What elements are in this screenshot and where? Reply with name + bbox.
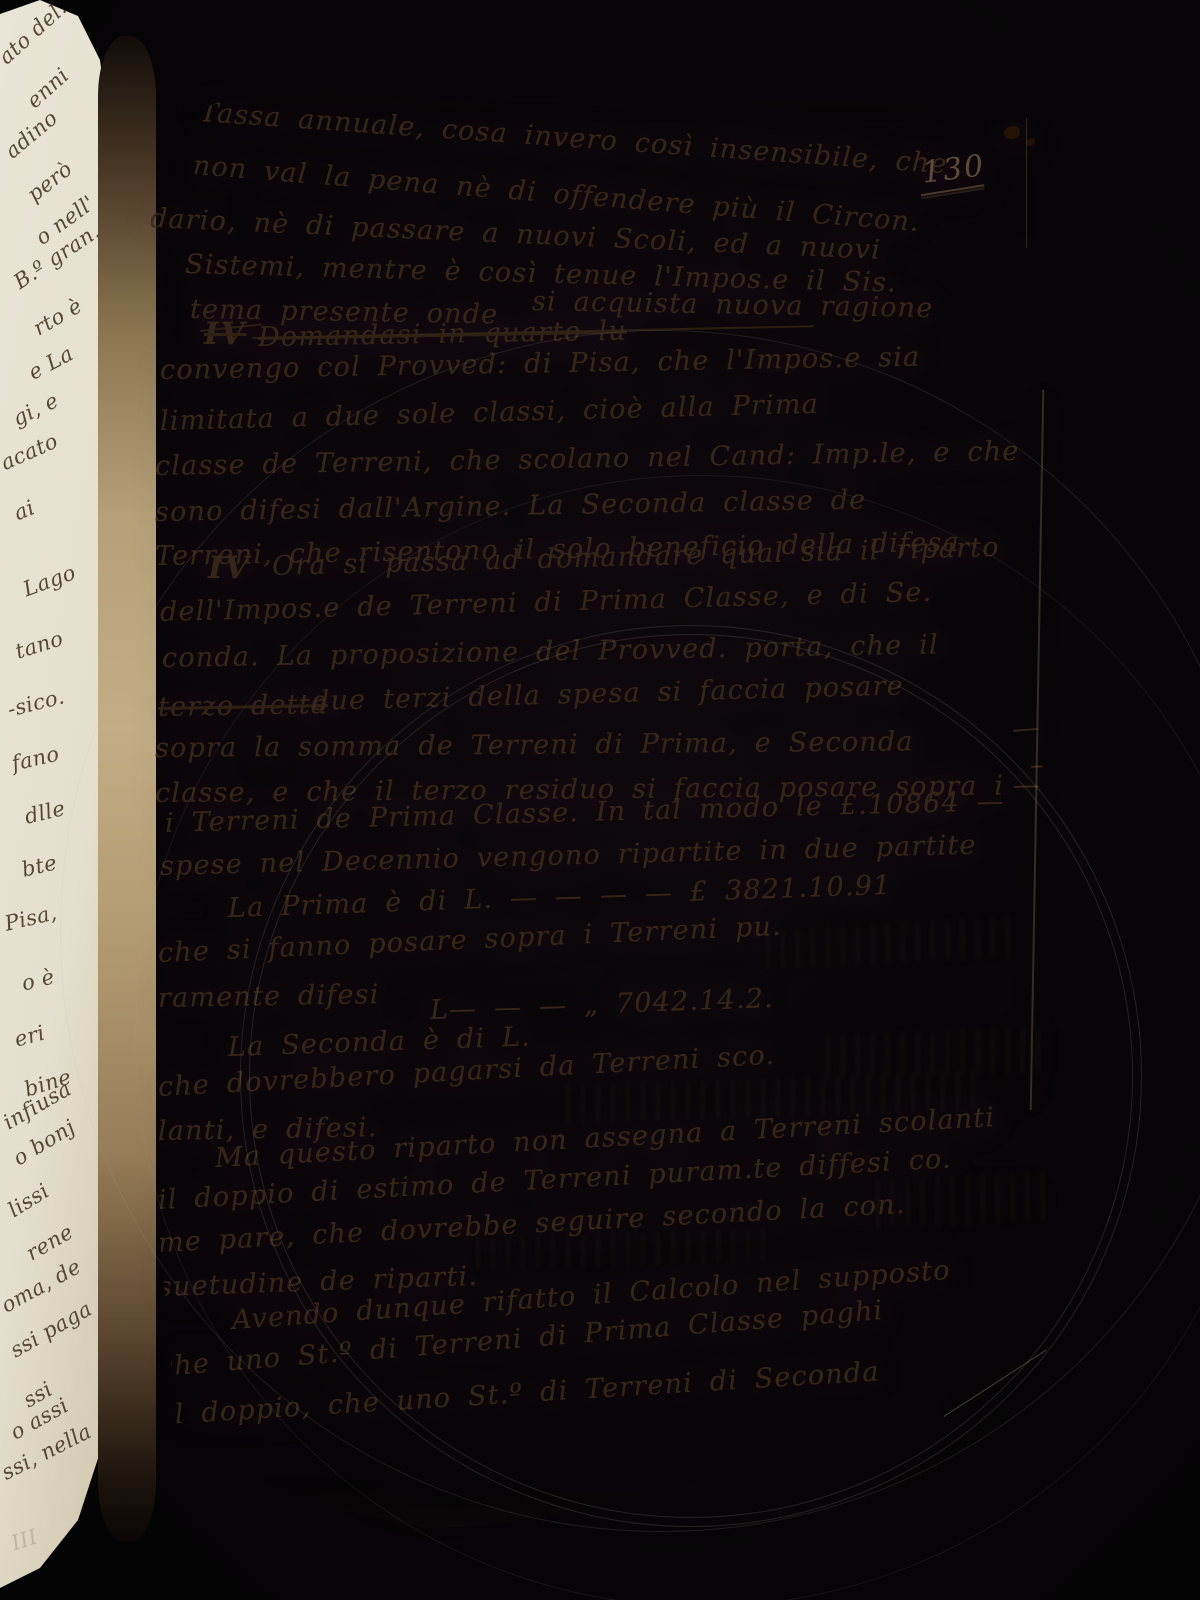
manuscript-line: conda. La proposizione del Provved. port… bbox=[162, 629, 939, 674]
page-number: 130 bbox=[920, 148, 987, 190]
manuscript-line: terzo detta bbox=[158, 689, 329, 723]
manuscript-line: dell'Impos.e de Terreni di Prima Classe,… bbox=[160, 577, 933, 628]
manuscript-line: due terzi della spesa si faccia posare bbox=[312, 671, 905, 717]
manuscript-line: La Prima è di L. — — — — £ 3821.10.91 bbox=[227, 870, 892, 924]
edge-dash-mark: — bbox=[1013, 770, 1042, 801]
show-through-text bbox=[759, 916, 1021, 970]
ink-blot-icon bbox=[1004, 126, 1020, 139]
manuscript-line: sopra la somma de Terreni di Prima, e Se… bbox=[155, 726, 914, 764]
show-through-text bbox=[869, 1171, 1051, 1230]
manuscript-line: ramente difesi bbox=[158, 979, 380, 1014]
manuscript-page: Tassa annuale, cosa invero così insensib… bbox=[0, 0, 1200, 1600]
manuscript-line: IV bbox=[204, 316, 247, 352]
manuscript-line: classe de Terreni, che scolano nel Cand:… bbox=[155, 436, 1020, 482]
margin-crease bbox=[1026, 118, 1027, 248]
corner-crease bbox=[944, 1350, 1047, 1418]
manuscript-photograph: ato del.enniadinoperòo nell'B.º gran.rto… bbox=[0, 0, 1200, 1600]
manuscript-line: sono difesi dall'Argine. La Seconda clas… bbox=[155, 485, 867, 528]
manuscript-line: limitata a due sole classi, cioè alla Pr… bbox=[160, 389, 820, 437]
manuscript-line: L— — — „ 7042.14.2. bbox=[429, 983, 774, 1026]
page-shadow-wrap: Tassa annuale, cosa invero così insensib… bbox=[0, 0, 1200, 1600]
manuscript-line: IV bbox=[208, 550, 251, 586]
